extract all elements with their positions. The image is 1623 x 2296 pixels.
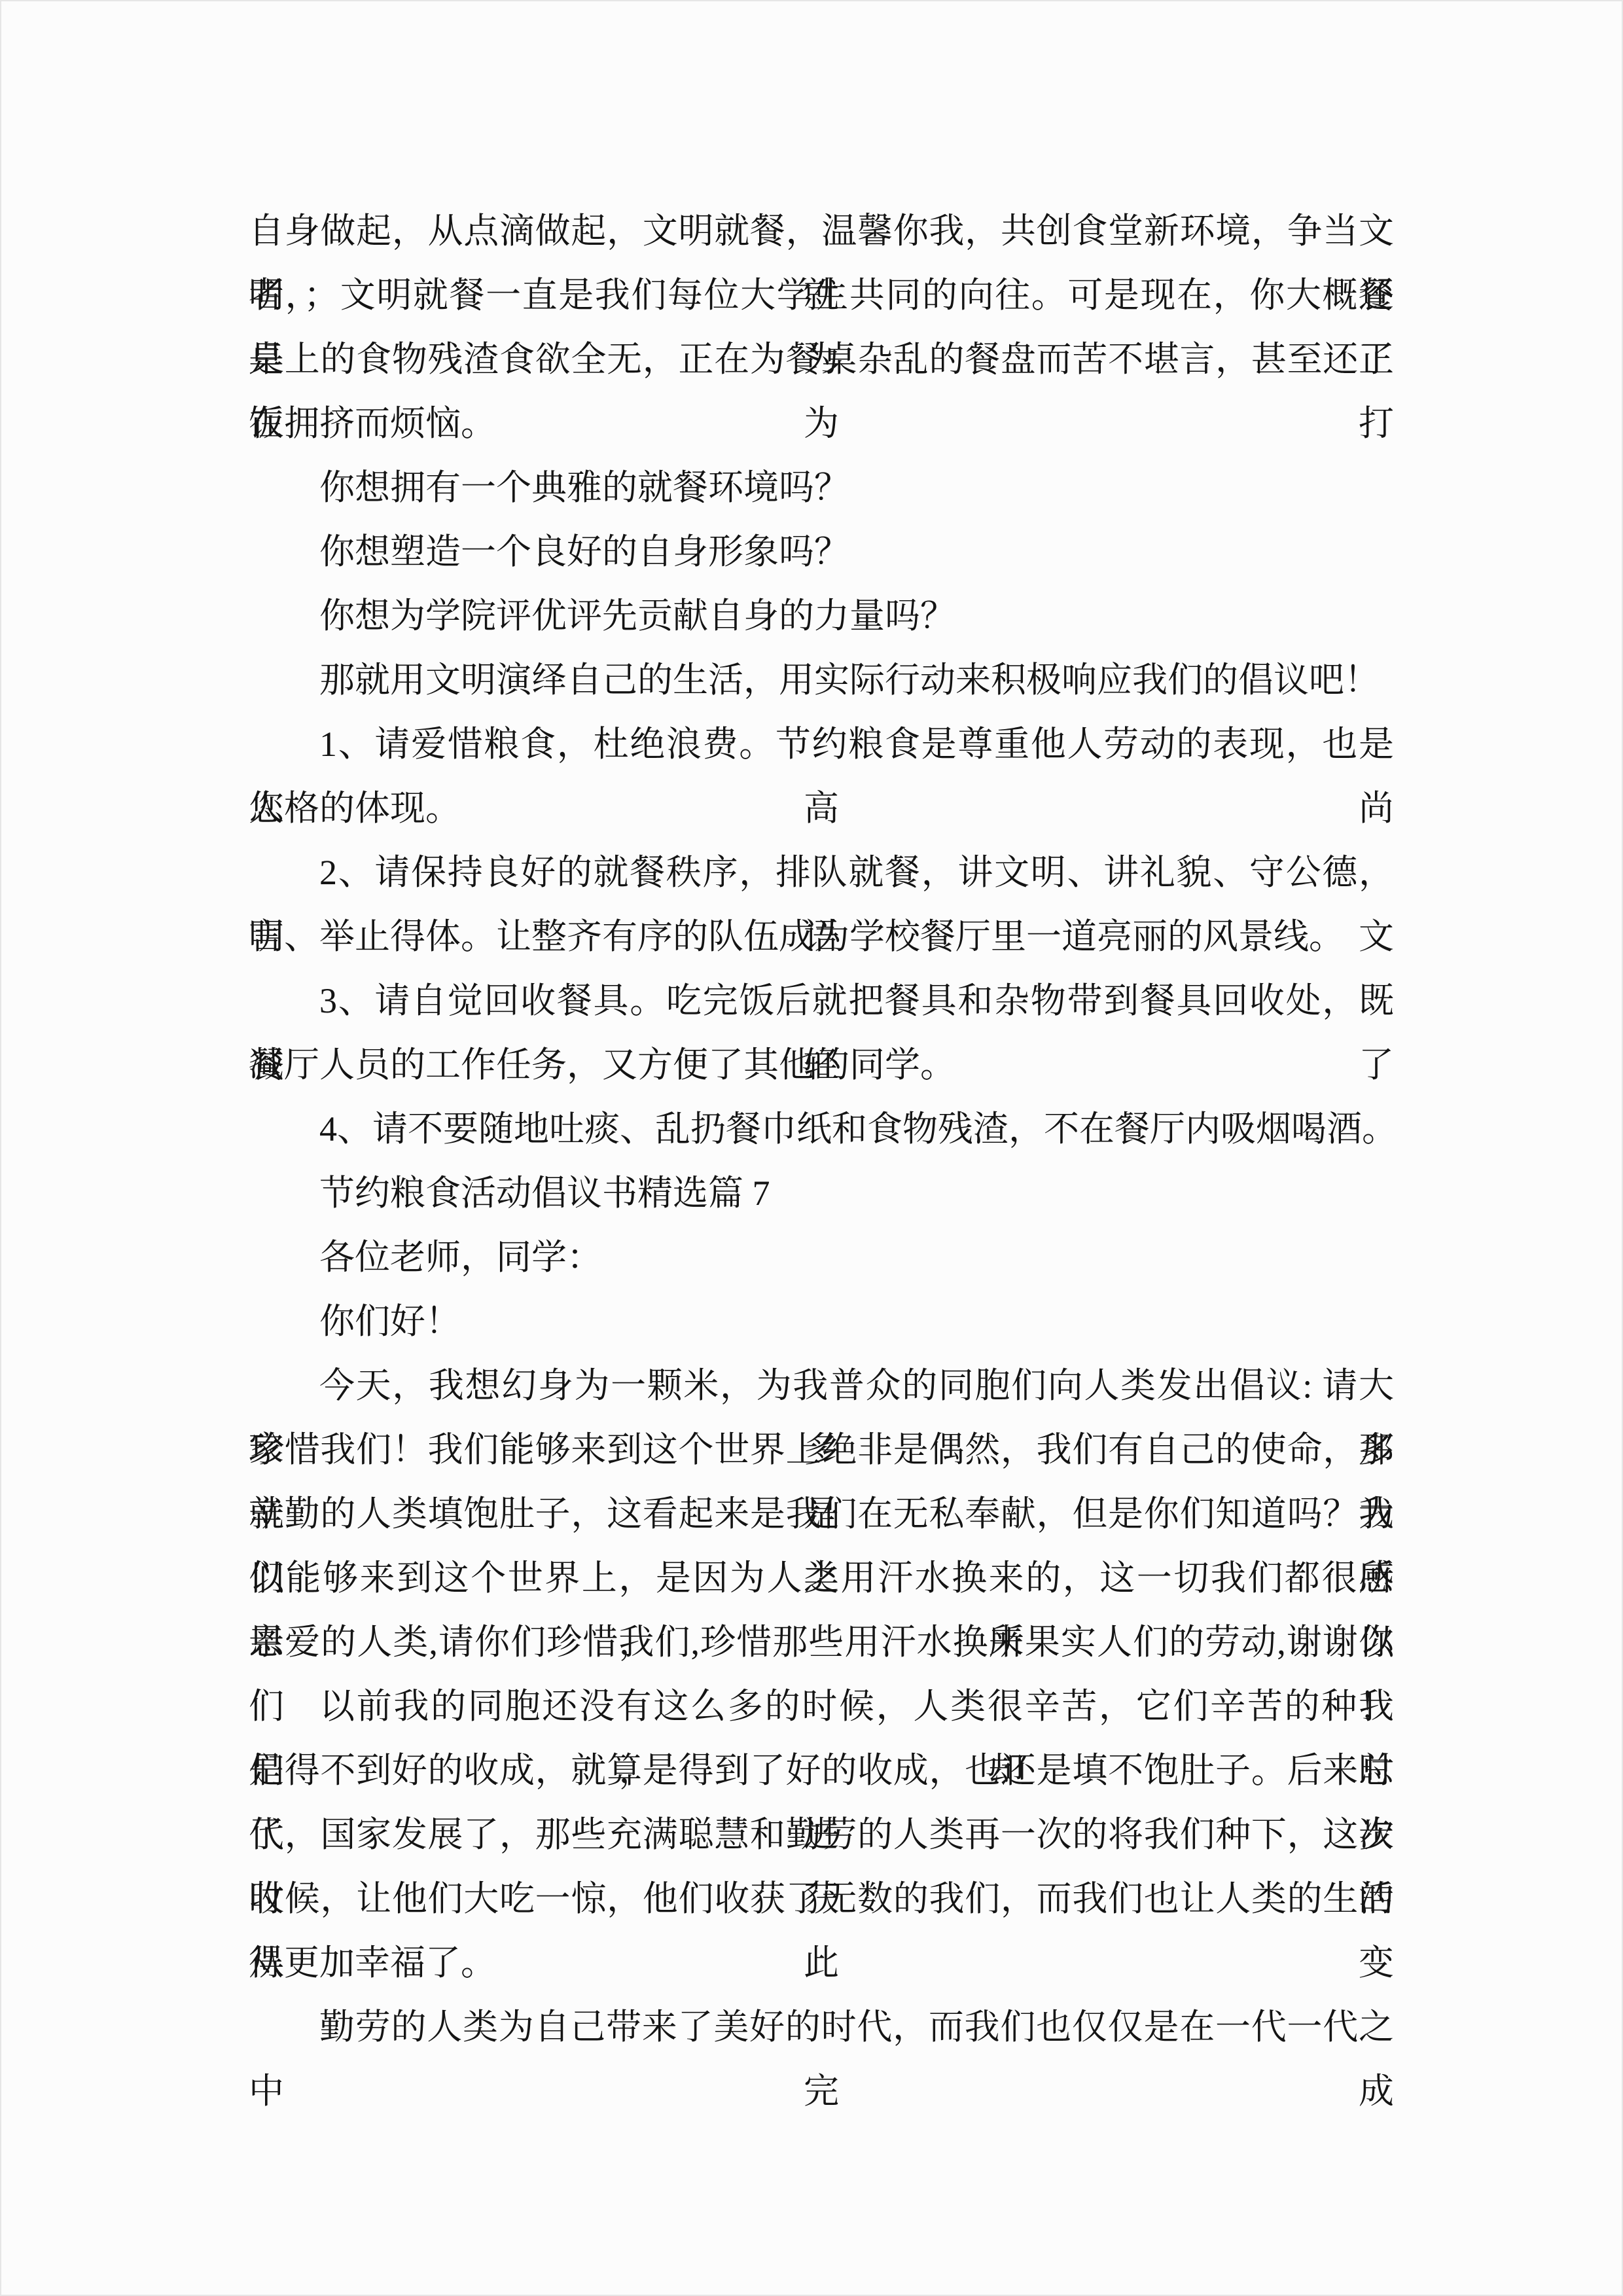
text-line: 2、请保持良好的就餐秩序，排队就餐，讲文明、讲礼貌、守公德，言语文 xyxy=(249,840,1394,905)
document-text-block: 自身做起，从点滴做起，文明就餐，温馨你我，共创食堂新环境，争当文明就餐 者，；文… xyxy=(249,199,1394,2059)
document-page: 自身做起，从点滴做起，文明就餐，温馨你我，共创食堂新环境，争当文明就餐 者，；文… xyxy=(0,0,1623,2296)
text-line: 桌上的食物残渣食欲全无，正在为餐桌杂乱的餐盘而苦不堪言，甚至还正在为打 xyxy=(249,327,1394,391)
text-line: 你想塑造一个良好的自身形象吗？ xyxy=(249,520,1394,584)
text-line: 明、举止得体。让整齐有序的队伍成为学校餐厅里一道亮丽的风景线。 xyxy=(249,905,1394,969)
text-line: 辛勤的人类填饱肚子，这看起来是我们在无私奉献，但是你们知道吗？我们之所 xyxy=(249,1482,1394,1546)
text-line: 4、请不要随地吐痰、乱扔餐巾纸和食物残渣，不在餐厅内吸烟喝酒。 xyxy=(249,1097,1394,1161)
text-line: 时候，让他们大吃一惊，他们收获了无数的我们，而我们也让人类的生活从此变 xyxy=(249,1867,1394,1931)
text-line: 你想为学院评优评先贡献自身的力量吗？ xyxy=(249,584,1394,648)
text-line: 勤劳的人类为自己带来了美好的时代，而我们也仅仅是在一代一代之中完成 xyxy=(249,1995,1394,2059)
text-line: 3、请自觉回收餐具。吃完饭后就把餐具和杂物带到餐具回收处，既减轻了 xyxy=(249,969,1394,1033)
section-heading-line: 节约粮食活动倡议书精选篇 7 xyxy=(249,1161,1394,1225)
text-line: 者，；文明就餐一直是我们每位大学生共同的向往。可是现在，你大概还是为了 xyxy=(249,263,1394,327)
text-line: 以能够来到这个世界上，是因为人类用汗水换来的，这一切我们都很感恩，所以 xyxy=(249,1546,1394,1610)
text-line: 那就用文明演绎自己的生活，用实际行动来积极响应我们的倡议吧！ xyxy=(249,648,1394,712)
text-line: 以前我的同胞还没有这么多的时候，人类很辛苦，它们辛苦的种我们，却总 xyxy=(249,1674,1394,1738)
text-line: 亲爱的人类,请你们珍惜我们,珍惜那些用汗水换来果实人们的劳动,谢谢你们！ xyxy=(249,1610,1394,1674)
salutation-line: 各位老师，同学： xyxy=(249,1225,1394,1289)
text-line: 你们好！ xyxy=(249,1289,1394,1354)
text-line: 1、请爱惜粮食，杜绝浪费。节约粮食是尊重他人劳动的表现，也是您高尚 xyxy=(249,712,1394,776)
text-line: 自身做起，从点滴做起，文明就餐，温馨你我，共创食堂新环境，争当文明就餐 xyxy=(249,199,1394,263)
text-line: 珍惜我们！我们能够来到这个世界上绝非是偶然，我们有自己的使命，那就是为 xyxy=(249,1418,1394,1482)
text-line: 今天，我想幻身为一颗米，为我普众的同胞们向人类发出倡议: 请大家多多 xyxy=(249,1354,1394,1418)
text-line: 了，国家发展了，那些充满聪慧和勤劳的人类再一次的将我们种下，这次收获的 xyxy=(249,1803,1394,1867)
text-line: 是得不到好的收成，就算是得到了好的收成，也还是填不饱肚子。后来时代进步 xyxy=(249,1738,1394,1803)
text-line: 你想拥有一个典雅的就餐环境吗？ xyxy=(249,456,1394,520)
